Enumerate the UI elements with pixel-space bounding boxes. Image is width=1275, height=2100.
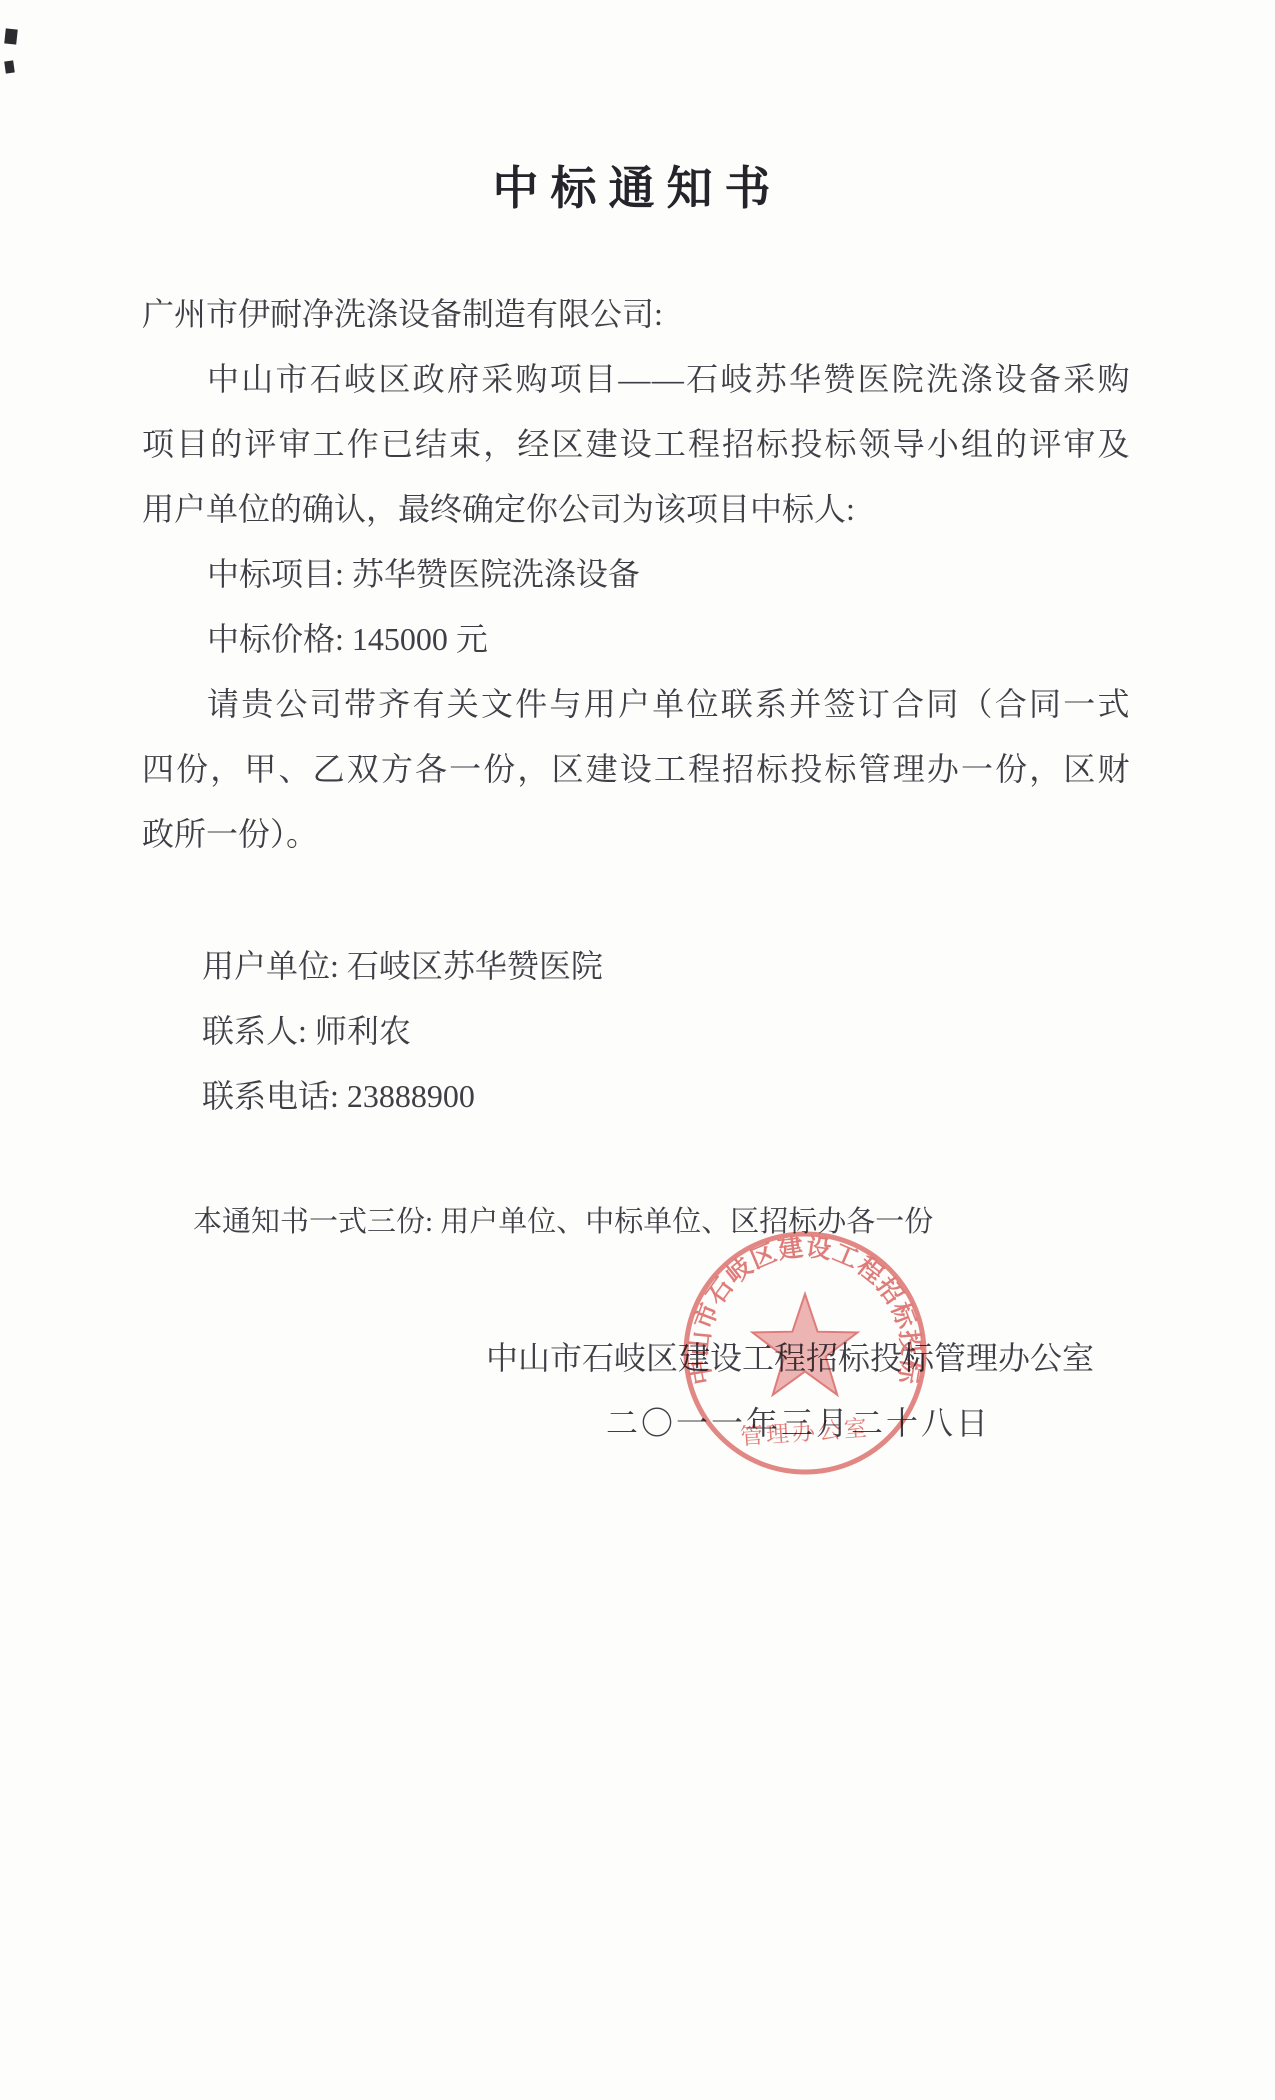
- copies-note-line: 本通知书一式三份: 用户单位、中标单位、区招标办各一份: [142, 1190, 1131, 1255]
- paragraph2-line3: 政所一份）。: [142, 802, 1131, 867]
- contact-phone-line: 联系电话: 23888900: [202, 1064, 1131, 1129]
- scan-artifact: [4, 60, 15, 73]
- addressee-line: 广州市伊耐净洗涤设备制造有限公司:: [142, 282, 1131, 347]
- user-unit-line: 用户单位: 石岐区苏华赞医院: [202, 934, 1131, 999]
- document-title: 中标通知书: [0, 152, 1275, 218]
- scan-artifact: [4, 28, 18, 44]
- paragraph1-line1: 中山市石岐区政府采购项目——石岐苏华赞医院洗涤设备采购: [142, 347, 1131, 412]
- paragraph2-line1: 请贵公司带齐有关文件与用户单位联系并签订合同（合同一式: [142, 672, 1131, 737]
- award-project-line: 中标项目: 苏华赞医院洗涤设备: [142, 542, 1131, 607]
- contact-person-line: 联系人: 师利农: [202, 999, 1131, 1064]
- paragraph1-line2: 项目的评审工作已结束，经区建设工程招标投标领导小组的评审及: [142, 412, 1131, 477]
- paragraph2-line2: 四份，甲、乙双方各一份，区建设工程招标投标管理办一份，区财: [142, 737, 1131, 802]
- scanned-document-page: 中标通知书 广州市伊耐净洗涤设备制造有限公司: 中山市石岐区政府采购项目——石岐…: [0, 0, 1275, 2100]
- paragraph1-line3: 用户单位的确认，最终确定你公司为该项目中标人:: [142, 477, 1131, 542]
- award-price-line: 中标价格: 145000 元: [142, 607, 1131, 672]
- signature-date-line: 二〇一一年三月二十八日: [142, 1391, 1131, 1456]
- document-body: 广州市伊耐净洗涤设备制造有限公司: 中山市石岐区政府采购项目——石岐苏华赞医院洗…: [142, 282, 1131, 1456]
- contact-block: 用户单位: 石岐区苏华赞医院 联系人: 师利农 联系电话: 23888900: [142, 934, 1131, 1129]
- signature-office-line: 中山市石岐区建设工程招标投标管理办公室: [142, 1326, 1131, 1391]
